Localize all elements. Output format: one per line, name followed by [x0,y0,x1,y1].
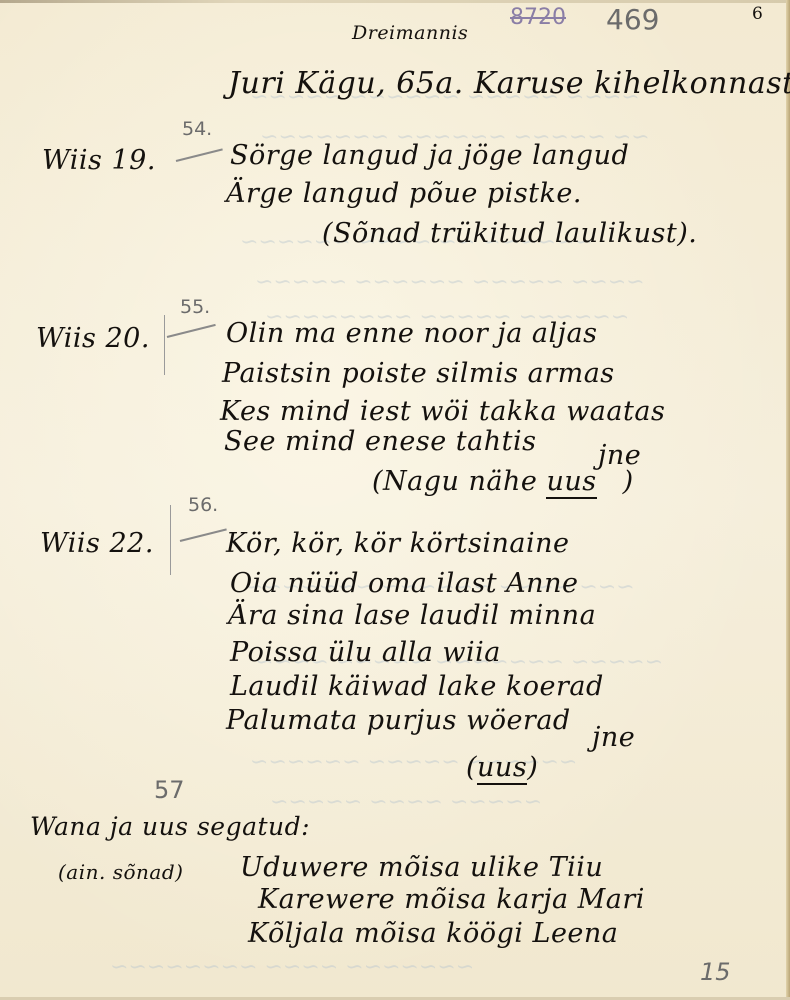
bleed-through-text: ~~~~~ ~~~~ ~~~~~ [270,790,542,815]
bleed-through-text: ~~~~ ~~~~~ ~~~~~~ ~~~~~ [255,270,645,295]
tune-label: Wiis 20. [36,323,150,354]
page-top-edge [0,0,790,3]
verse-line: Ärge langud põue pistke. [226,178,582,209]
verse-line: Ära sina lase laudil minna [228,600,596,631]
verse-line: Kör, kör, kör körtsinaine [226,528,570,559]
underlined-word: uus [477,752,527,785]
verse-line: Karewere mõisa karja Mari [258,884,645,915]
informant-note: Dreimannis [352,22,468,44]
side-note: (ain. sõnad) [58,860,183,884]
ending-abbrev: jne [592,722,635,753]
pencil-vertical-mark [170,505,171,575]
verse-line: Laudil käiwad lake koerad [230,671,604,702]
verse-line: Sörge langud ja jöge langud [230,140,629,171]
pencil-mark [180,528,227,542]
verse-line: Paistsin poiste silmis armas [222,358,615,389]
archive-number: 469 [606,3,659,36]
pencil-mark [176,148,223,162]
underlined-word: uus [546,466,596,499]
tune-label: Wiis 22. [40,528,154,559]
page-right-edge [786,0,790,1000]
melody-note: (uus) [466,752,538,783]
pencil-folio-number: 15 [700,958,731,986]
song-number: 56. [188,494,218,516]
page-number: 6 [752,4,763,24]
verse-line: Oia nüüd oma ilast Anne [230,568,578,599]
informant-line: Juri Kägu, 65a. Karuse kihelkonnast. [228,66,790,101]
source-note: (Sõnad trükitud laulikust). [322,218,697,249]
verse-line: Olin ma enne noor ja aljas [226,318,597,349]
verse-line: Kõljala mõisa köögi Leena [248,918,618,949]
song-number: 54. [182,118,212,140]
pencil-vertical-mark [164,315,165,375]
verse-line: Palumata purjus wöerad [226,705,571,736]
bleed-through-text: ~~~~~~~ ~~~~ ~~~~~~~~ [110,955,474,980]
verse-line: See mind enese tahtis [224,426,536,457]
song-number: 57 [154,776,185,804]
pencil-mark [167,324,216,338]
melody-note: (Nagu nähe uus) [372,466,634,497]
song-number: 55. [180,296,210,318]
struck-archive-number: 8720 [510,5,566,30]
verse-line: Poissa ülu alla wiia [230,637,501,668]
manuscript-page: ~~~~ ~~~~~ ~~~~~~ ~~~~~ ~~ ~~~~~ ~~~~~~ … [0,0,790,1000]
verse-line: Uduwere mõisa ulike Tiiu [240,852,603,883]
section-label: Wana ja uus segatud: [30,812,310,841]
verse-line: Kes mind iest wöi takka waatas [220,396,665,427]
tune-label: Wiis 19. [42,145,156,176]
